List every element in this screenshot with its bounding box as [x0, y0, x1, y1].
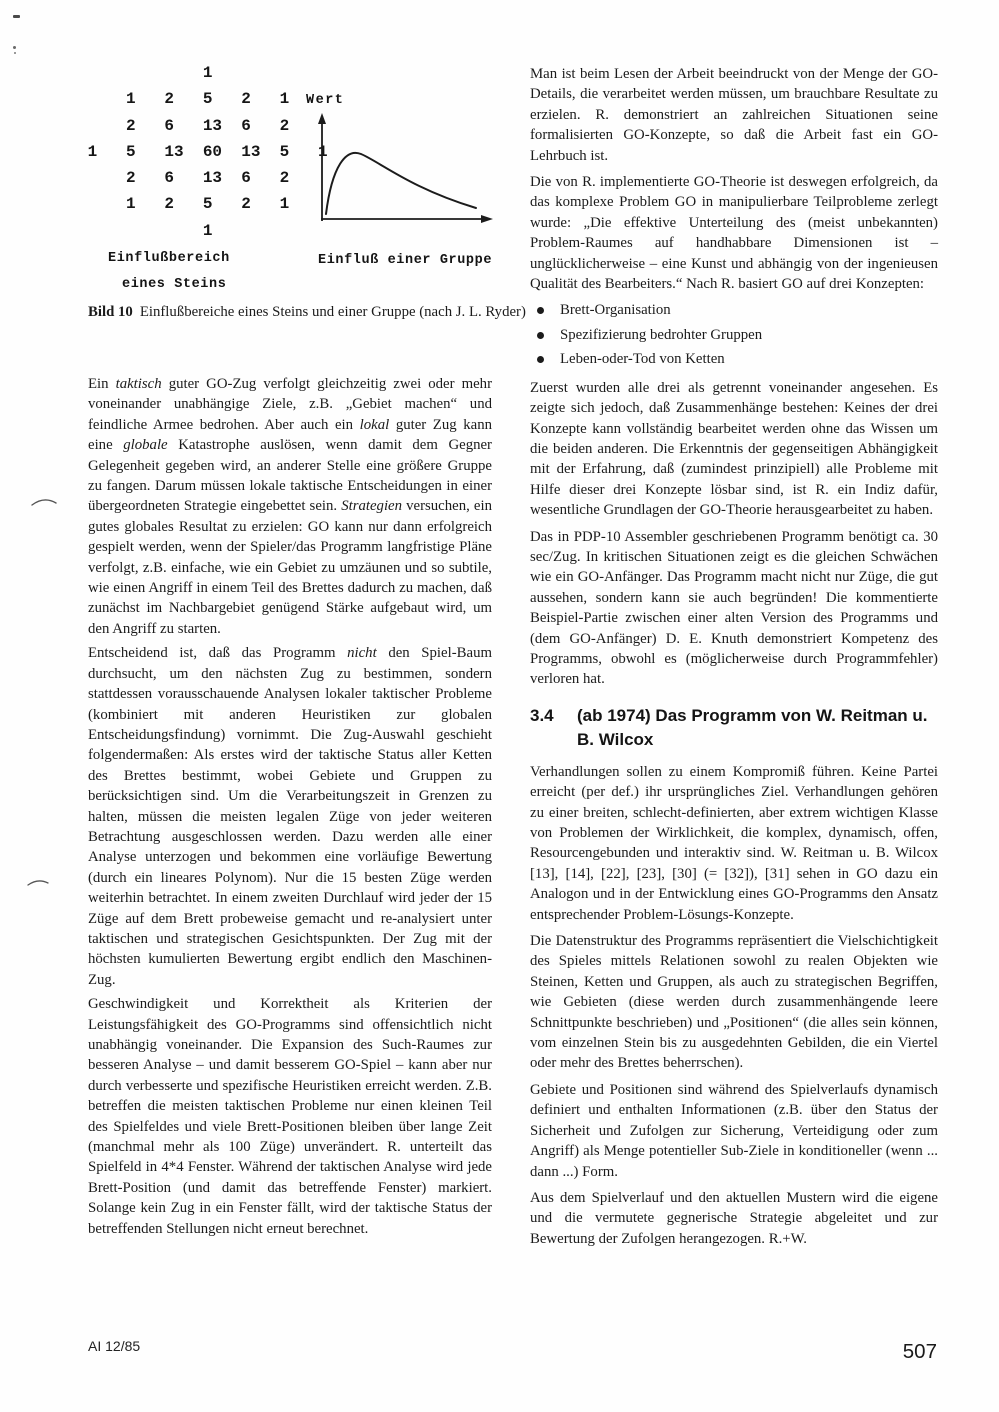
- section-number: 3.4: [530, 704, 577, 752]
- grid-row: 1 5 13 60 13 5 1: [78, 139, 347, 165]
- bullet-dot-icon: [537, 356, 544, 363]
- paragraph: Geschwindigkeit und Korrektheit als Krit…: [88, 994, 492, 1239]
- list-item: Spezifizierung bedrohter Gruppen: [530, 325, 938, 345]
- bullet-dot-icon: [537, 307, 544, 314]
- footer-journal-id: AI 12/85: [88, 1338, 140, 1354]
- margin-annotation-arc: [31, 496, 57, 508]
- paragraph: Man ist beim Lesen der Arbeit beeindruck…: [530, 64, 938, 166]
- margin-annotation-arc: [27, 878, 49, 888]
- scan-mark-dot: [14, 52, 16, 54]
- y-axis-arrow-icon: [318, 113, 326, 124]
- list-item-label: Brett-Organisation: [560, 302, 671, 318]
- scan-mark-dash: [13, 15, 20, 18]
- grid-row: 2 6 13 6 2: [78, 113, 347, 139]
- paragraph: Aus dem Spielverlauf und den aktuellen M…: [530, 1188, 938, 1249]
- grid-row: 1: [78, 60, 347, 86]
- journal-page: 1 1 2 5 2 1 2 6 13 6 2 1 5 13 60 13 5 1 …: [0, 0, 999, 1412]
- paragraph: Das in PDP-10 Assembler geschriebenen Pr…: [530, 527, 938, 690]
- figure-caption-label: Bild 10: [88, 304, 133, 320]
- paragraph: Gebiete und Positionen sind während des …: [530, 1080, 938, 1182]
- bullet-dot-icon: [537, 332, 544, 339]
- x-axis-arrow-icon: [481, 215, 493, 223]
- stone-influence-label: Einflußbereich eines Steins: [108, 246, 230, 298]
- grid-row: 1: [78, 218, 347, 244]
- page-number: 507: [903, 1340, 937, 1364]
- influence-curve: [326, 153, 476, 214]
- section-title: (ab 1974) Das Programm von W. Reitman u.…: [577, 704, 933, 752]
- grid-row: 2 6 13 6 2: [78, 165, 347, 191]
- list-item: Brett-Organisation: [530, 300, 938, 320]
- paragraph: Ein taktisch guter GO-Zug verfolgt gleic…: [88, 374, 492, 639]
- paragraph: Entscheidend ist, daß das Programm nicht…: [88, 643, 492, 990]
- section-heading-3-4: 3.4 (ab 1974) Das Programm von W. Reitma…: [530, 704, 938, 752]
- concept-bullet-list: Brett-Organisation Spezifizierung bedroh…: [530, 300, 938, 369]
- right-text-column: Man ist beim Lesen der Arbeit beeindruck…: [530, 64, 938, 1255]
- scan-mark-dot: [13, 46, 16, 49]
- list-item-label: Leben-oder-Tod von Ketten: [560, 351, 725, 367]
- grid-row: 1 2 5 2 1: [78, 191, 347, 217]
- influence-curve-chart: [314, 108, 498, 232]
- list-item: Leben-oder-Tod von Ketten: [530, 349, 938, 369]
- paragraph: Zuerst wurden alle drei als getrennt von…: [530, 378, 938, 521]
- list-item-label: Spezifizierung bedrohter Gruppen: [560, 327, 762, 343]
- group-influence-label: Einfluß einer Gruppe: [318, 248, 492, 274]
- paragraph: Verhandlungen sollen zu einem Kompromiß …: [530, 762, 938, 925]
- paragraph: Die Datenstruktur des Programms repräsen…: [530, 931, 938, 1074]
- paragraph: Die von R. implementierte GO-Theorie ist…: [530, 172, 938, 294]
- figure-caption-text: Einflußbereiche eines Steins und einer G…: [140, 304, 526, 320]
- figure-caption: Bild 10Einflußbereiche eines Steins und …: [88, 301, 528, 324]
- left-text-column: Ein taktisch guter GO-Zug verfolgt gleic…: [88, 374, 492, 1243]
